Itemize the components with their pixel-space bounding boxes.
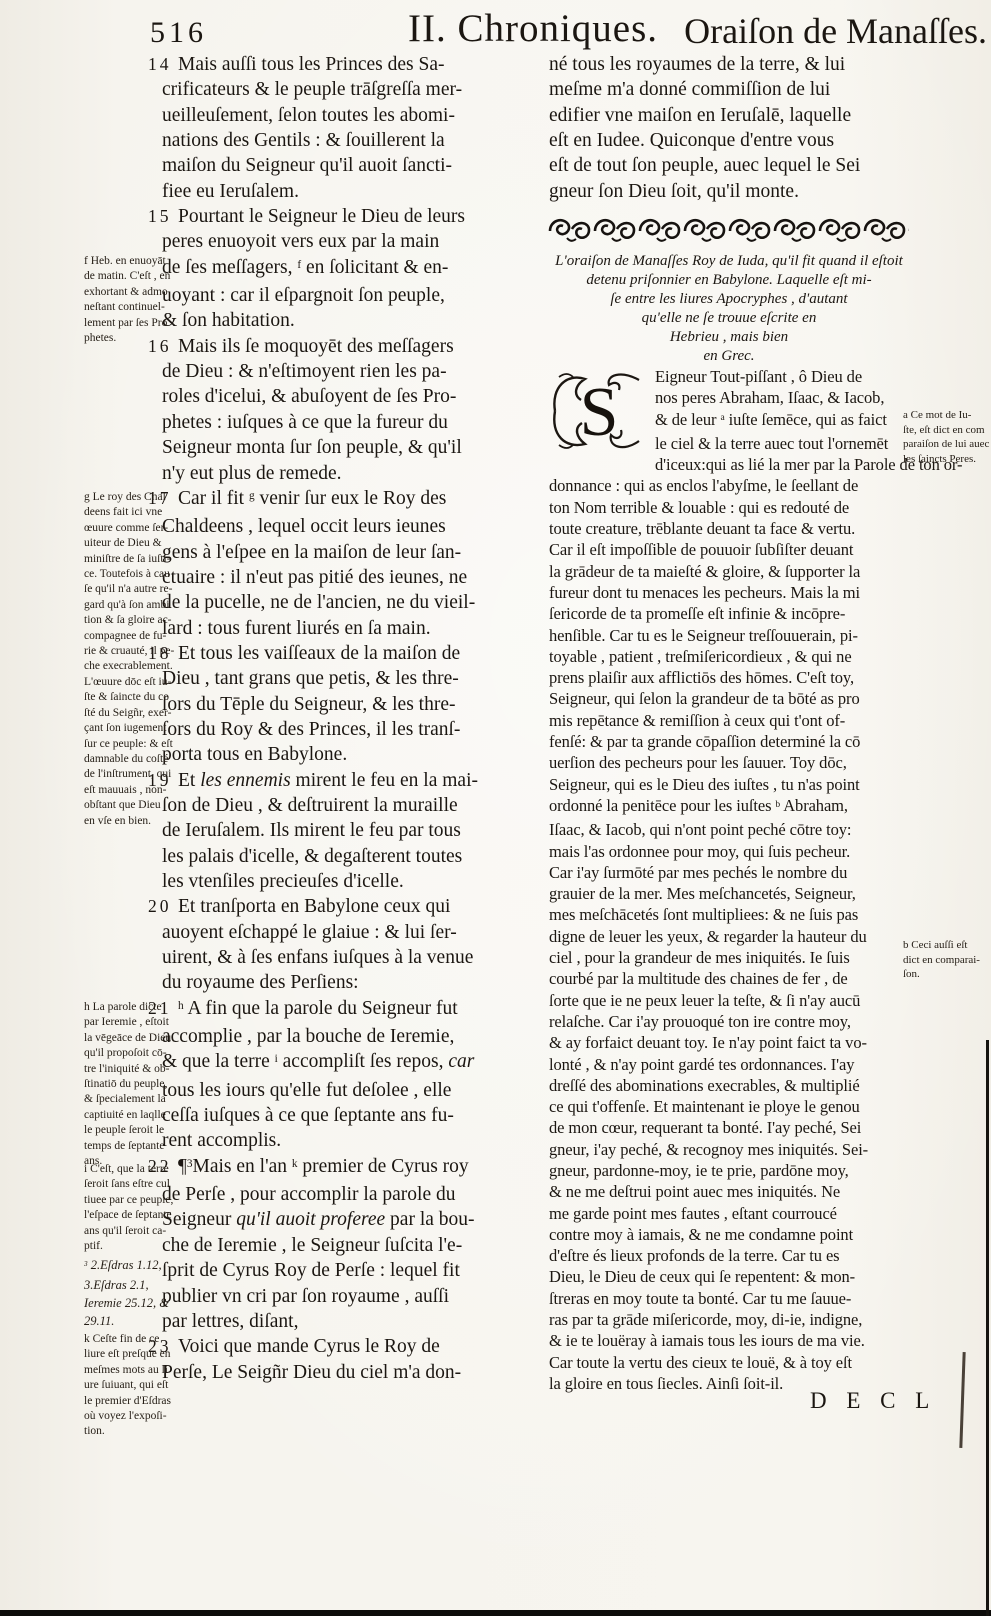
- verse-14: 14Mais auſſi tous les Princes des Sa-cri…: [162, 52, 548, 204]
- prayer-title-line: L'oraiſon de Manaſſes Roy de Iuda, qu'il…: [549, 252, 909, 271]
- text-line: mes meſchācetés ſont multipliees: & ne ſ…: [549, 904, 915, 925]
- prayer-title: L'oraiſon de Manaſſes Roy de Iuda, qu'il…: [549, 252, 909, 366]
- verse-number: 20: [148, 894, 178, 919]
- text-line: roles d'icelui, & abuſoyent de ſes Pro-: [162, 384, 548, 409]
- text-line: ſorte que ie ne peux leuer la teſte, & ſ…: [549, 990, 915, 1011]
- text-line: d'eſtre és lieux profonds de la terre. C…: [549, 1245, 915, 1266]
- drop-cap-initial: S: [549, 369, 645, 453]
- text-line: & ay forfaict deuant toy. Ie n'ay point …: [549, 1032, 915, 1053]
- margin-note-line: çant ſon iugement: [84, 721, 184, 736]
- text-line: & ne me deſtrui point auec mes iniquités…: [549, 1181, 915, 1202]
- text-line: contre moy à iamais, & ne me condamne po…: [549, 1224, 915, 1245]
- text-line: henſible. Car tu es le Seigneur treſſouu…: [549, 625, 915, 646]
- text-line: mais l'as ordonnee pour moy, qui ſuis pe…: [549, 841, 915, 862]
- margin-note-line: lement par ſes Pro: [84, 316, 184, 331]
- margin-note-line: rie & cruauté, il pe-: [84, 644, 184, 659]
- verse-20: 20Et tranſporta en Babylone ceux quiauoy…: [162, 894, 548, 995]
- margin-note-line: h La parole dicte: [84, 1000, 184, 1015]
- scan-bottom-edge: [0, 1610, 991, 1616]
- text-line: de Perſe , pour accomplir la parole du: [162, 1182, 548, 1207]
- text-line: me garde point mes fautes , eſtant courr…: [549, 1203, 915, 1224]
- text-line: gneur, i'ay peché, & recognoy mes iniqui…: [549, 1139, 915, 1160]
- drop-cap-letter: S: [580, 374, 619, 451]
- text-line: lard : tous furent liurés en ſa main.: [162, 616, 548, 641]
- margin-note-line: ſte & ſaincte du co: [84, 690, 184, 705]
- text-line: ſors du Roy & des Princes, il les tranſ-: [162, 717, 548, 742]
- text-line: les vtenſiles precieuſes d'icelle.: [162, 869, 548, 894]
- text-line: ueilleuſement, ſelon toutes les abomi-: [162, 103, 548, 128]
- text-line: & que la terre i accompliſt ſes repos, c…: [162, 1049, 548, 1077]
- text-line: Dieu, le Dieu de ceux qui ſe repentent: …: [549, 1266, 915, 1287]
- text-line: né tous les royaumes de la terre, & lui: [549, 52, 911, 77]
- text-line: Dieu , tant grans que petis, & les thre-: [162, 666, 548, 691]
- verse-19: 19Et les ennemis mirent le feu en la mai…: [162, 768, 548, 895]
- margin-note-k: k Ceſte fin de celiure eſt preſque enmeſ…: [84, 1332, 184, 1440]
- right-column-verse-continuation: né tous les royaumes de la terre, & luim…: [549, 52, 911, 204]
- text-line: rent accomplis.: [162, 1128, 548, 1153]
- margin-note-line: exhortant & admo: [84, 285, 184, 300]
- margin-note-line: ſte, eſt dict en com: [903, 423, 989, 438]
- margin-note-line: 3 2.Eſdras 1.12,: [84, 1256, 184, 1276]
- margin-note-line: paraiſon de lui auec: [903, 437, 989, 452]
- running-head-section: Oraiſon de Manaſſes.: [684, 10, 987, 52]
- book-page: 516 II. Chroniques. Oraiſon de Manaſſes.…: [0, 0, 991, 1616]
- text-line: 23Voici que mande Cyrus le Roy de: [162, 1334, 548, 1359]
- margin-note-line: œuure comme ſer-: [84, 521, 184, 536]
- text-line: 16Mais ils ſe moquoyēt des meſſagers: [162, 334, 548, 359]
- margin-note-line: Ieremie 25.12, &: [84, 1294, 184, 1312]
- left-text-column: 14Mais auſſi tous les Princes des Sa-cri…: [162, 52, 548, 1385]
- margin-note-line: tion & ſa gloire ac-: [84, 613, 184, 628]
- text-line: digne de leuer les yeux, & regarder la h…: [549, 926, 915, 947]
- margin-note-b: b Ceci auſſi eſtdict en comparai-ſon.: [903, 938, 989, 982]
- text-line: ordonné la penitēce pour les iuſtes b Ab…: [549, 795, 915, 819]
- text-line: relaſche. Car i'ay prouoqué ton ire cont…: [549, 1011, 915, 1032]
- margin-note-line: les ſaincts Peres.: [903, 452, 989, 467]
- margin-note-line: a Ce mot de Iu-: [903, 408, 989, 423]
- text-line: Car il eſt impoſſible de pouuoir ſubſiſt…: [549, 539, 915, 560]
- text-line: Seigneur, qui ſelon la grandeur de ta bō…: [549, 688, 915, 709]
- text-line: & ie te louëray à iamais tous les iours …: [549, 1330, 915, 1351]
- text-line: 22¶3Mais en l'an k premier de Cyrus roy: [162, 1154, 548, 1182]
- text-line: fureur dont tu menaces les pecheurs. Mai…: [549, 582, 915, 603]
- text-line: Car toute la vertu des cieux te louë, & …: [549, 1352, 915, 1373]
- margin-note-i: i C'eſt, que la terreſeroit ſans eſtre c…: [84, 1162, 184, 1254]
- text-line: les palais d'icelle, & degaſterent toute…: [162, 844, 548, 869]
- margin-note-line: captiuité en laqlle: [84, 1108, 184, 1123]
- text-line: mis repētance & remiſſion à ceux qui t'o…: [549, 710, 915, 731]
- margin-note-line: L'œuure dōc eſt iu-: [84, 675, 184, 690]
- margin-note-line: g Le roy des Chal: [84, 490, 184, 505]
- text-line: Seigneur qu'il auoit proferee par la bou…: [162, 1207, 548, 1232]
- text-line: ton Nom terrible & louable : qui es redo…: [549, 497, 915, 518]
- margin-note-line: i C'eſt, que la terre: [84, 1162, 184, 1177]
- margin-note-line: ſon.: [903, 967, 989, 982]
- text-line: ſors du Tēple du Seigneur, & les thre-: [162, 692, 548, 717]
- margin-note-line: ptif.: [84, 1239, 184, 1254]
- text-line: grauier de la mer. Mes meſchancetés, Sei…: [549, 883, 915, 904]
- text-line: ctuaire : il n'eut pas pitié des ieunes,…: [162, 565, 548, 590]
- verse-18: 18Et tous les vaiſſeaux de la maiſon deD…: [162, 641, 548, 768]
- text-line: gens à l'eſpee en la maiſon de leur ſan-: [162, 540, 548, 565]
- margin-note-line: eſt mauuais , non-: [84, 783, 184, 798]
- text-line: accomplie , par la bouche de Ieremie,: [162, 1024, 548, 1049]
- margin-note-line: gard qu'à ſon ambi: [84, 598, 184, 613]
- text-line: du royaume des Perſiens:: [162, 970, 548, 995]
- printers-ornament-band-icon: [547, 214, 909, 246]
- text-line: uoyant : car il eſpargnoit ſon peuple,: [162, 283, 548, 308]
- margin-note-line: de matin. C'eſt , en: [84, 269, 184, 284]
- margin-note-line: damnable du coſté: [84, 752, 184, 767]
- text-line: 18Et tous les vaiſſeaux de la maiſon de: [162, 641, 548, 666]
- margin-note-line: de l'inſtrument, qui: [84, 767, 184, 782]
- text-line: maiſon du Seigneur qu'il auoit ſancti-: [162, 153, 548, 178]
- text-line: fenſé: & par ta grande cōpaſſion determi…: [549, 731, 915, 752]
- text-line: de Dieu : & n'eſtimoyent rien les pa-: [162, 359, 548, 384]
- text-line: 17Car il fit g venir ſur eux le Roy des: [162, 486, 548, 514]
- verse-23: 23Voici que mande Cyrus le Roy dePerſe, …: [162, 1334, 548, 1385]
- margin-note-line: meſmes mots au li: [84, 1363, 184, 1378]
- text-line: ſprit de Cyrus Roy de Perſe : lequel fit: [162, 1258, 548, 1283]
- text-line: che de Ieremie , le Seigneur ſuſcita l'e…: [162, 1233, 548, 1258]
- margin-note-line: le peuple ſeroit le: [84, 1123, 184, 1138]
- text-line: 19Et les ennemis mirent le feu en la mai…: [162, 768, 548, 793]
- margin-note-line: la vēgeāce de Dieu: [84, 1031, 184, 1046]
- ink-smudge: [959, 1352, 965, 1448]
- margin-note-line: 29.11.: [84, 1312, 184, 1330]
- text-line: Chaldeens , lequel occit leurs ieunes: [162, 514, 548, 539]
- text-line: ce qui t'offenſe. Et maintenant ie ploye…: [549, 1096, 915, 1117]
- text-line: eſt en Iudee. Quiconque d'entre vous: [549, 128, 911, 153]
- text-line: 15Pourtant le Seigneur le Dieu de leurs: [162, 204, 548, 229]
- verse-15: 15Pourtant le Seigneur le Dieu de leursp…: [162, 204, 548, 334]
- text-line: gneur, pardonne-moy, ie te prie, pardōne…: [549, 1160, 915, 1181]
- text-line: ſon de Dieu , & deſtruirent la muraille: [162, 793, 548, 818]
- margin-note-line: tion.: [84, 1424, 184, 1439]
- margin-note-line: ans qu'il ſeroit ca-: [84, 1224, 184, 1239]
- text-line: meſme m'a donné commiſſion de lui: [549, 77, 911, 102]
- text-line: uerſion des pecheurs pour les ſauuer. To…: [549, 752, 915, 773]
- prayer-text-block: S Eigneur Tout-piſſant , ô Dieu denos pe…: [549, 366, 915, 1394]
- text-line: porta tous en Babylone.: [162, 742, 548, 767]
- running-head-book: II. Chroniques.: [408, 6, 658, 51]
- text-line: ceſſa iuſques à ce que ſeptante ans fu-: [162, 1103, 548, 1128]
- margin-note-line: ſté du Seigñr, exer-: [84, 706, 184, 721]
- margin-note-line: temps de ſeptante: [84, 1139, 184, 1154]
- verse-21: 21h A fin que la parole du Seigneur futa…: [162, 996, 548, 1154]
- text-line: gneur ſon Dieu ſoit, qu'il monte.: [549, 179, 911, 204]
- margin-note-line: ure ſuiuant, qui eſt: [84, 1378, 184, 1393]
- margin-note-line: tre l'iniquité & ob-: [84, 1062, 184, 1077]
- margin-note-a: a Ce mot de Iu-ſte, eſt dict en comparai…: [903, 408, 989, 466]
- text-line: dreſſé des abominations execrables, & mu…: [549, 1075, 915, 1096]
- verse-22: 22¶3Mais en l'an k premier de Cyrus royd…: [162, 1154, 548, 1334]
- text-line: d'iceux:qui as lié la mer par la Parole …: [549, 454, 915, 475]
- margin-note-line: dict en comparai-: [903, 953, 989, 968]
- margin-note-line: compagnee de fu-: [84, 629, 184, 644]
- margin-note-line: b Ceci auſſi eſt: [903, 938, 989, 953]
- text-line: par lettres, diſant,: [162, 1309, 548, 1334]
- text-line: 21h A fin que la parole du Seigneur fut: [162, 996, 548, 1024]
- text-line: eſt de tout ſon peuple, auec lequel le S…: [549, 153, 911, 178]
- text-line: phetes : iuſques à ce que la fureur du: [162, 410, 548, 435]
- text-line: Seigneur, qui es le Dieu des iuſtes , tu…: [549, 774, 915, 795]
- text-line: de la pucelle, ne de l'ancien, ne du vie…: [162, 590, 548, 615]
- margin-note-line: par Ieremie , eſtoit: [84, 1015, 184, 1030]
- text-line: de ſes meſſagers, f en ſolicitant & en-: [162, 255, 548, 283]
- margin-note-line: f Heb. en enuoyāt: [84, 254, 184, 269]
- margin-note-h: h La parole dictepar Ieremie , eſtoitla …: [84, 1000, 184, 1169]
- margin-note-f: f Heb. en enuoyātde matin. C'eſt , enexh…: [84, 254, 184, 346]
- text-line: Iſaac, & Iacob, qui n'ont point peché cō…: [549, 819, 915, 840]
- margin-note-line: l'eſpace de ſeptante: [84, 1208, 184, 1223]
- margin-note-line: k Ceſte fin de ce: [84, 1332, 184, 1347]
- margin-note-line: où voyez l'expoſi-: [84, 1409, 184, 1424]
- margin-note-refs: 3 2.Eſdras 1.12,3.Eſdras 2.1,Ieremie 25.…: [84, 1256, 184, 1330]
- margin-note-line: miniſtre de ſa iuſti-: [84, 552, 184, 567]
- text-line: toute creature, trēblante deuant ta face…: [549, 518, 915, 539]
- margin-note-line: ſur ce peuple: & eſt: [84, 737, 184, 752]
- page-number: 516: [150, 16, 207, 50]
- margin-note-line: deens fait ici vne: [84, 505, 184, 520]
- text-line: publier vn cri par ſon royaume , auſſi: [162, 1284, 548, 1309]
- text-line: Seigneur monta ſur ſon peuple, & qu'il: [162, 435, 548, 460]
- margin-note-line: & ſpecialement la: [84, 1092, 184, 1107]
- text-line: de Ieruſalem. Ils mirent le feu par tous: [162, 818, 548, 843]
- text-line: Perſe, Le Seigñr Dieu du ciel m'a don-: [162, 1360, 548, 1385]
- margin-note-line: obſtant que Dieu: [84, 798, 184, 813]
- text-line: 20Et tranſporta en Babylone ceux qui: [162, 894, 548, 919]
- prayer-title-line: Hebrieu , mais bien: [549, 328, 909, 347]
- scan-right-edge: [986, 1040, 989, 1616]
- text-line: prens plaiſir aux afflictiōs des hōmes. …: [549, 667, 915, 688]
- text-line: ras par ta grāde miſericorde, moy, di-ie…: [549, 1309, 915, 1330]
- text-line: toyable , patient , treſmiſericordieux ,…: [549, 646, 915, 667]
- text-line: tous les iours qu'elle fut deſolee , ell…: [162, 1078, 548, 1103]
- prayer-title-line: ſe entre les liures Apocryphes , d'autan…: [549, 290, 909, 309]
- text-line: lonté , & n'ay point gardé tes ordonnanc…: [549, 1054, 915, 1075]
- margin-note-line: che execrablement.: [84, 659, 184, 674]
- text-line: fiee eu Ieruſalem.: [162, 179, 548, 204]
- margin-note-line: le premier d'Eſdras: [84, 1394, 184, 1409]
- prayer-title-line: detenu priſonnier en Babylone. Laquelle …: [549, 271, 909, 290]
- text-line: & ſon habitation.: [162, 308, 548, 333]
- text-line: peres enuoyoit vers eux par la main: [162, 229, 548, 254]
- margin-note-g: g Le roy des Chaldeens fait ici vneœuure…: [84, 490, 184, 829]
- text-line: 14Mais auſſi tous les Princes des Sa-: [162, 52, 548, 77]
- text-line: ſtreras en moy toute ta bonté. Car tu me…: [549, 1288, 915, 1309]
- text-line: nations des Gentils : & ſouillerent la: [162, 128, 548, 153]
- margin-note-line: 3.Eſdras 2.1,: [84, 1276, 184, 1294]
- prayer-title-line: en Grec.: [549, 347, 909, 366]
- text-line: edifier vne maiſon en Ieruſalē, laquelle: [549, 103, 911, 128]
- text-line: de mon cœur, requerant ta bonté. I'ay pe…: [549, 1117, 915, 1138]
- margin-note-line: ce. Toutefois à cau: [84, 567, 184, 582]
- text-line: la grādeur de ta maieſté & gloire, & ſup…: [549, 561, 915, 582]
- margin-note-line: en vſe en bien.: [84, 814, 184, 829]
- text-line: ſericorde de ta promeſſe eſt infinie & i…: [549, 603, 915, 624]
- catchword: D E C L: [810, 1388, 936, 1414]
- margin-note-line: ſeroit ſans eſtre cul: [84, 1177, 184, 1192]
- text-line: auoyent eſchappé le glaiue : & lui ſer-: [162, 920, 548, 945]
- verse-number: 14: [148, 52, 178, 77]
- margin-note-line: ſe qu'il n'a autre re-: [84, 582, 184, 597]
- margin-note-line: ſtinatiō du peuple,: [84, 1077, 184, 1092]
- margin-note-line: qu'il propoſoit cō-: [84, 1046, 184, 1061]
- margin-note-line: liure eſt preſque en: [84, 1347, 184, 1362]
- verse-17: 17Car il fit g venir ſur eux le Roy desC…: [162, 486, 548, 641]
- margin-note-line: phetes.: [84, 331, 184, 346]
- text-line: Car i'ay ſurmōté par mes pechés le nombr…: [549, 862, 915, 883]
- text-line: ciel , pour la grandeur de mes iniquités…: [549, 947, 915, 968]
- text-line: courbé par la multitude des chaines de f…: [549, 968, 915, 989]
- text-line: uirent, & à ſes enfans iuſques à la venu…: [162, 945, 548, 970]
- text-line: donnance : qui as enclos l'abyſme, le ſe…: [549, 475, 915, 496]
- text-line: crificateurs & le peuple trāſgreſſa mer-: [162, 77, 548, 102]
- margin-note-line: uiteur de Dieu &: [84, 536, 184, 551]
- prayer-title-line: qu'elle ne ſe trouue eſcrite en: [549, 309, 909, 328]
- margin-note-line: tiuee par ce peuple,: [84, 1193, 184, 1208]
- verse-16: 16Mais ils ſe moquoyēt des meſſagersde D…: [162, 334, 548, 486]
- text-line: n'y eut plus de remede.: [162, 461, 548, 486]
- margin-note-line: neſtant continuel-: [84, 300, 184, 315]
- verse-number: 15: [148, 204, 178, 229]
